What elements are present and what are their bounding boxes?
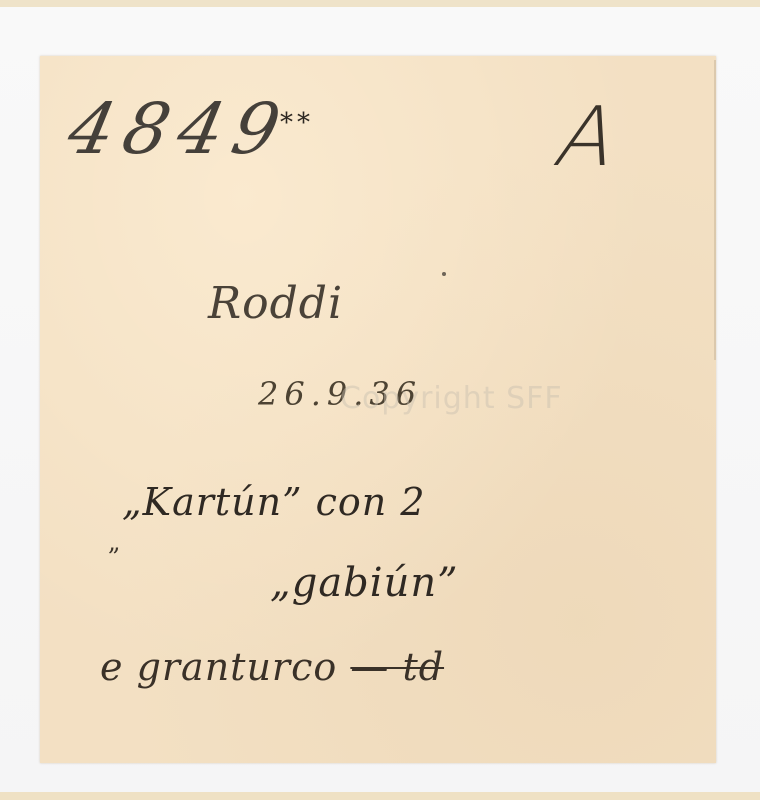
- asterisk-marks: **: [280, 108, 314, 138]
- copyright-watermark: Copyright SFF: [340, 381, 563, 416]
- place-name: Roddi: [208, 278, 343, 329]
- description-line-1: „Kartún” con 2: [122, 480, 426, 524]
- ditto-mark: „: [108, 528, 120, 556]
- card-right-edge-shadow: [714, 60, 716, 360]
- description-line-3-text: e granturco: [100, 645, 337, 689]
- ink-speck: [442, 272, 446, 276]
- description-line-2: „gabiún”: [270, 560, 459, 606]
- description-line-3: e granturco — td: [100, 645, 444, 689]
- catalog-number: 4849: [61, 88, 297, 170]
- struck-out-text: — td: [350, 645, 444, 689]
- bottom-border-strip: [0, 792, 760, 800]
- top-border-strip: [0, 0, 760, 7]
